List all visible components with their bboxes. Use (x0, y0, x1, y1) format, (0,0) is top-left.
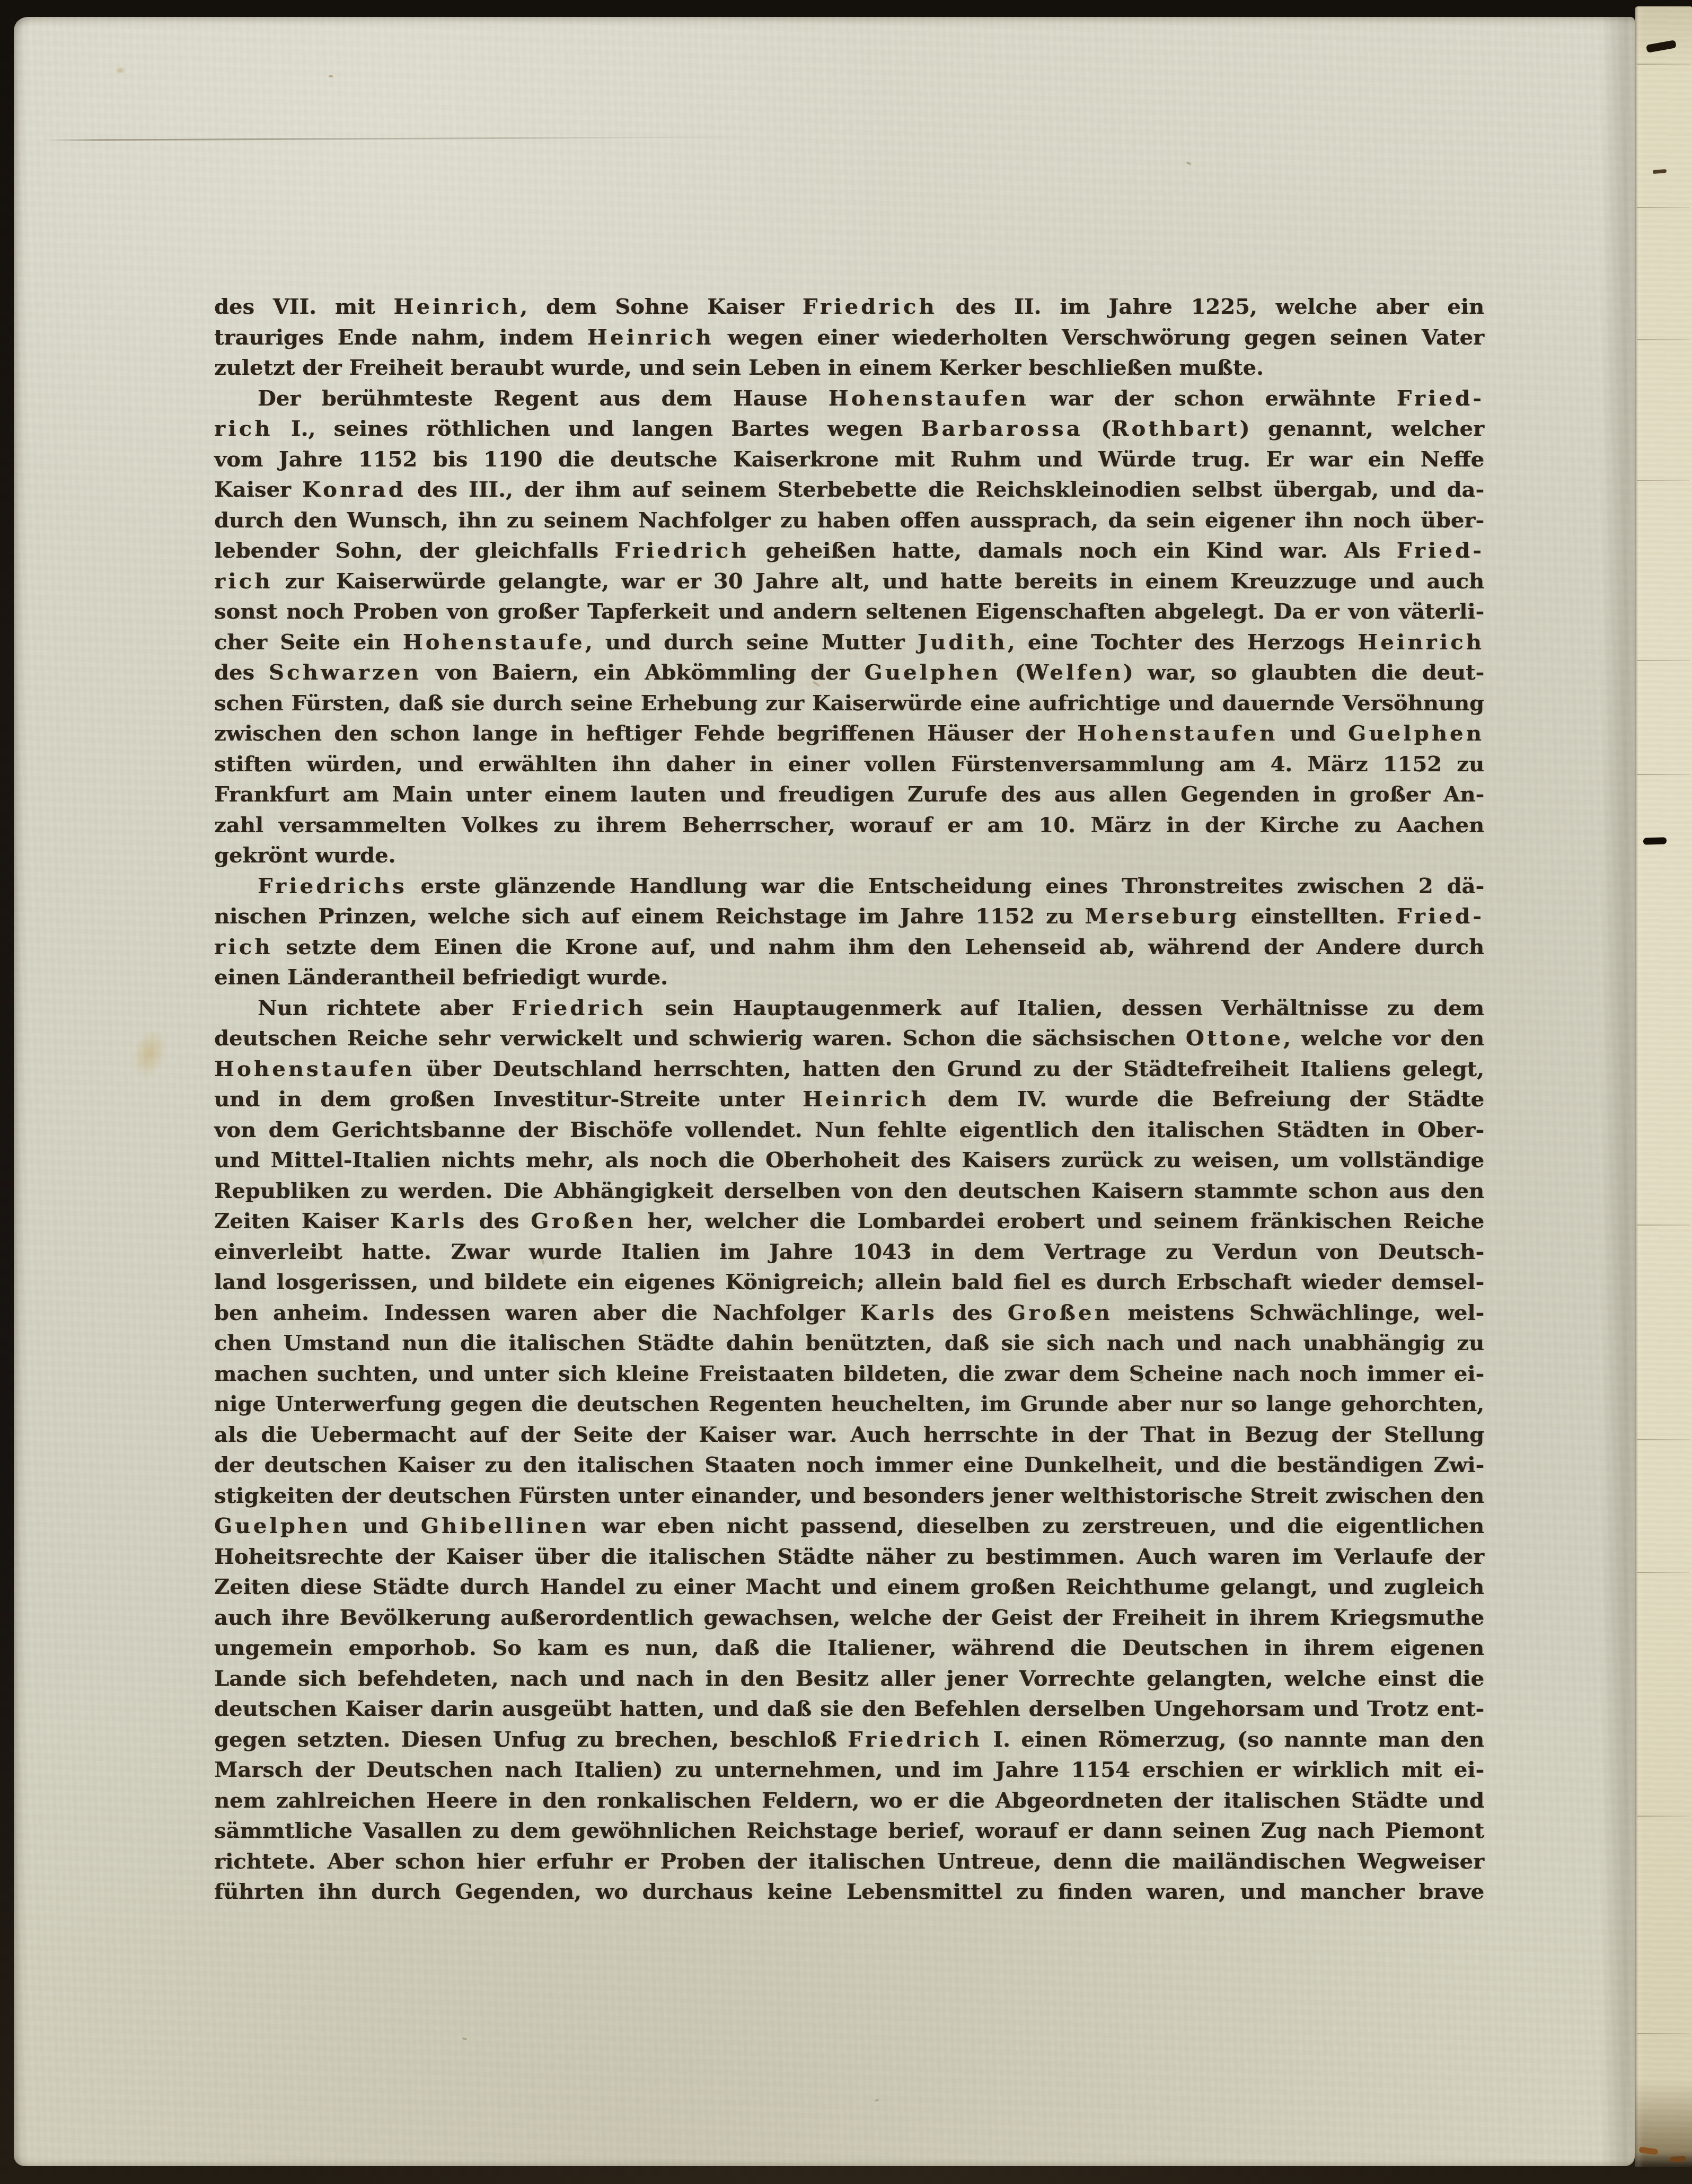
paper-speck (1186, 161, 1192, 165)
text-line: deutschen Kaiser darin ausgeübt hatten, … (214, 1694, 1484, 1724)
text-line: Der berühmteste Regent aus dem Hause Hoh… (214, 383, 1484, 414)
text-line: Hoheitsrechte der Kaiser über die italis… (214, 1542, 1484, 1572)
letterspaced-name: Hohenstaufen (214, 1056, 415, 1081)
text-line: führten ihn durch Gegenden, wo durchaus … (214, 1877, 1484, 1907)
text-line: zahl versammelten Volkes zu ihrem Beherr… (214, 810, 1484, 841)
page-edge-crease (1637, 2033, 1690, 2034)
text-line: und Mittel-Italien nichts mehr, als noch… (214, 1145, 1484, 1176)
letterspaced-name: Ottone (1186, 1026, 1283, 1051)
letterspaced-name: Heinrich (587, 325, 714, 350)
text-line: sonst noch Proben von großer Tapferkeit … (214, 596, 1484, 627)
letterspaced-name: Fried- (1397, 538, 1484, 563)
text-line: als die Uebermacht auf der Seite der Kai… (214, 1420, 1484, 1450)
letterspaced-name: Heinrich (1358, 630, 1484, 655)
letterspaced-name: Ghibellinen (421, 1513, 589, 1538)
letterspaced-name: Fried- (1397, 904, 1484, 929)
text-line: vom Jahre 1152 bis 1190 die deutsche Kai… (214, 444, 1484, 475)
page-edge-crease (1637, 1225, 1690, 1226)
text-line: richtete. Aber schon hier erfuhr er Prob… (214, 1846, 1484, 1877)
text-line: land losgerissen, und bildete ein eigene… (214, 1267, 1484, 1298)
letterspaced-name: Merseburg (1085, 904, 1239, 929)
paper-speck (462, 2037, 468, 2040)
page-edge-crease (1637, 1816, 1690, 1817)
letterspaced-name: Welfen (1025, 660, 1123, 685)
letterspaced-name: Friedrich (512, 996, 646, 1020)
text-line: gekrönt wurde. (214, 840, 1484, 871)
text-line: Zeiten diese Städte durch Handel zu eine… (214, 1572, 1484, 1602)
page-edge-crease (1637, 64, 1690, 65)
letterspaced-name: rich (214, 416, 273, 441)
letterspaced-name: Großen (531, 1209, 636, 1234)
letterspaced-name: Hohenstaufen (829, 386, 1029, 411)
text-line: Friedrichs erste glänzende Handlung war … (214, 871, 1484, 902)
letterspaced-name: Schwarzen (269, 660, 421, 685)
text-block: des VII. mit Heinrich, dem Sohne Kaiser … (214, 292, 1484, 1907)
text-line: rich setzte dem Einen die Krone auf, und… (214, 932, 1484, 963)
binding-stitch-mark (1653, 169, 1667, 174)
text-line: Frankfurt am Main unter einem lauten und… (214, 779, 1484, 810)
letterspaced-name: Karls (390, 1209, 467, 1234)
letterspaced-name: Guelphen (864, 660, 1000, 685)
text-line: auch ihre Bevölkerung außerordentlich ge… (214, 1602, 1484, 1633)
letterspaced-name: Hohenstaufen (1077, 721, 1277, 746)
text-line: Hohenstaufen über Deutschland herrschten… (214, 1054, 1484, 1085)
letterspaced-name: Friedrich (803, 294, 937, 319)
text-line: rich I., seines röthlichen und langen Ba… (214, 413, 1484, 444)
edge-soil-mark (1670, 2156, 1686, 2162)
text-line: deutschen Reiche sehr verwickelt und sch… (214, 1023, 1484, 1054)
text-line: der deutschen Kaiser zu den italischen S… (214, 1450, 1484, 1481)
letterspaced-name: Guelphen (214, 1513, 350, 1538)
page-edge-crease (1637, 480, 1690, 481)
text-line: schen Fürsten, daß sie durch seine Erheb… (214, 688, 1484, 719)
text-line: des Schwarzen von Baiern, ein Abkömmling… (214, 657, 1484, 688)
page-edge-crease (1637, 1439, 1690, 1440)
letterspaced-name: Heinrich (803, 1087, 929, 1112)
letterspaced-name: Friedrichs (258, 874, 407, 899)
text-line: chen Umstand nun die italischen Städte d… (214, 1328, 1484, 1359)
binding-stitch-mark (1646, 40, 1677, 52)
text-line: Zeiten Kaiser Karls des Großen her, welc… (214, 1206, 1484, 1237)
letterspaced-name: Großen (1008, 1300, 1113, 1325)
text-line: Nun richtete aber Friedrich sein Hauptau… (214, 993, 1484, 1024)
text-line: zwischen den schon lange in heftiger Feh… (214, 718, 1484, 749)
page-edge-crease (1637, 774, 1690, 775)
letterspaced-name: rich (214, 569, 273, 594)
text-line: rich zur Kaiserwürde gelangte, war er 30… (214, 566, 1484, 597)
letterspaced-name: Guelphen (1348, 721, 1484, 746)
paper-crease (43, 136, 754, 141)
scan-background: { "page": { "type": "scanned-book-page",… (0, 0, 1692, 2184)
paper-speck (875, 2099, 879, 2102)
letterspaced-name: Karls (860, 1300, 937, 1325)
text-line: einen Länderantheil befriedigt wurde. (214, 962, 1484, 993)
letterspaced-name: rich (214, 935, 273, 959)
text-line: nem zahlreichen Heere in den ronkalische… (214, 1785, 1484, 1816)
letterspaced-name: Konrad (302, 477, 406, 502)
letterspaced-name: Barbarossa (921, 416, 1082, 441)
page-edge-crease (1637, 339, 1690, 340)
letterspaced-name: Friedrich (848, 1727, 982, 1752)
text-line: einverleibt hatte. Zwar wurde Italien im… (214, 1237, 1484, 1267)
edge-soil-mark (1638, 2147, 1658, 2155)
text-line: lebender Sohn, der gleichfalls Friedrich… (214, 535, 1484, 566)
text-line: Kaiser Konrad des III., der ihm auf sein… (214, 474, 1484, 505)
text-line: cher Seite ein Hohenstaufe, und durch se… (214, 627, 1484, 658)
text-line: zuletzt der Freiheit beraubt wurde, und … (214, 353, 1484, 383)
letterspaced-name: Rothbart (1111, 416, 1240, 441)
paper-stain (118, 1014, 181, 1093)
text-line: ben anheim. Indessen waren aber die Nach… (214, 1298, 1484, 1328)
text-line: ungemein emporhob. So kam es nun, daß di… (214, 1633, 1484, 1663)
paper-stain (113, 66, 127, 75)
page-edge-crease (1637, 1572, 1690, 1573)
letterspaced-name: Judith (918, 630, 1008, 655)
text-line: trauriges Ende nahm, indem Heinrich wege… (214, 322, 1484, 353)
paper-speck (329, 75, 333, 77)
page-edge-crease (1637, 207, 1690, 208)
gutter-fold-shadow (1601, 17, 1635, 2166)
text-line: Lande sich befehdeten, nach und nach in … (214, 1663, 1484, 1694)
text-line: durch den Wunsch, ihn zu seinem Nachfolg… (214, 505, 1484, 536)
text-line: nige Unterwerfung gegen die deutschen Re… (214, 1389, 1484, 1420)
letterspaced-name: Friedrich (615, 538, 750, 563)
text-line: gegen setzten. Diesen Unfug zu brechen, … (214, 1724, 1484, 1755)
letterspaced-name: Fried- (1397, 386, 1484, 411)
text-line: stiften würden, und erwählten ihn daher … (214, 749, 1484, 780)
text-line: sämmtliche Vasallen zu dem gewöhnlichen … (214, 1816, 1484, 1846)
binding-stitch-mark (1643, 837, 1667, 845)
text-line: von dem Gerichtsbanne der Bischöfe volle… (214, 1115, 1484, 1146)
letterspaced-name: Heinrich (393, 294, 520, 319)
text-line: Marsch der Deutschen nach Italien) zu un… (214, 1755, 1484, 1785)
next-page-edge (1635, 6, 1692, 2167)
text-line: des VII. mit Heinrich, dem Sohne Kaiser … (214, 292, 1484, 322)
text-line: und in dem großen Investitur-Streite unt… (214, 1084, 1484, 1115)
book-page: des VII. mit Heinrich, dem Sohne Kaiser … (14, 17, 1635, 2166)
text-line: machen suchten, und unter sich kleine Fr… (214, 1359, 1484, 1389)
page-edge-crease (1637, 660, 1690, 661)
text-line: nischen Prinzen, welche sich auf einem R… (214, 901, 1484, 932)
text-line: Republiken zu werden. Die Abhängigkeit d… (214, 1176, 1484, 1207)
text-line: Guelphen und Ghibellinen war eben nicht … (214, 1511, 1484, 1542)
text-line: stigkeiten der deutschen Fürsten unter e… (214, 1481, 1484, 1511)
letterspaced-name: Hohenstaufe (403, 630, 585, 655)
